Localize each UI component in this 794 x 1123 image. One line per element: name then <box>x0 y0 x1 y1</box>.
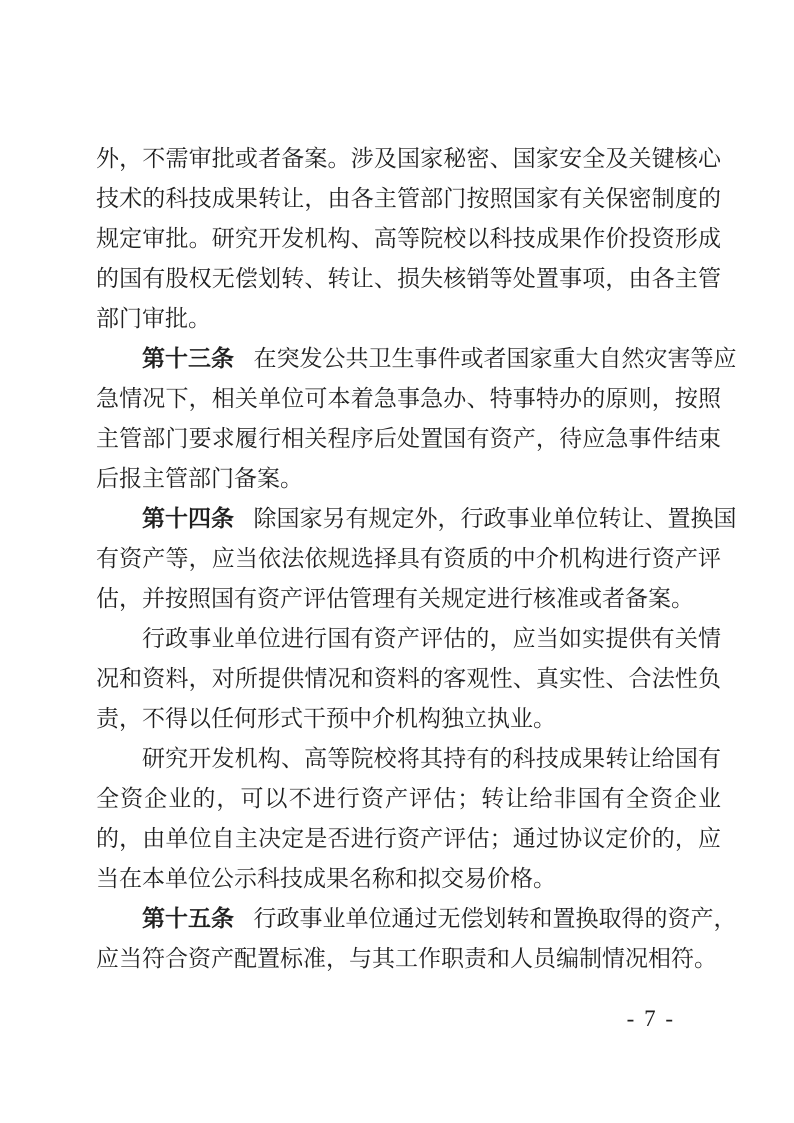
text-line: 部门审批。 <box>96 299 721 339</box>
paragraph: 第十三条在突发公共卫生事件或者国家重大自然灾害等应 急情况下，相关单位可本着急事… <box>96 339 721 499</box>
text-line: 行政事业单位进行国有资产评估的，应当如实提供有关情 <box>96 619 721 659</box>
text-line: 况和资料，对所提供情况和资料的客观性、真实性、合法性负 <box>96 659 721 699</box>
article-number: 第十三条 <box>142 346 234 371</box>
article-text: 在突发公共卫生事件或者国家重大自然灾害等应 <box>254 346 737 371</box>
document-page: 外，不需审批或者备案。涉及国家秘密、国家安全及关键核心 技术的科技成果转让，由各… <box>0 0 794 1123</box>
text-line: 急情况下，相关单位可本着急事急办、特事特办的原则，按照 <box>96 379 721 419</box>
text-line: 的国有股权无偿划转、转让、损失核销等处置事项，由各主管 <box>96 259 721 299</box>
text-line: 当在本单位公示科技成果名称和拟交易价格。 <box>96 859 721 899</box>
page-number: - 7 - <box>627 1005 675 1033</box>
text-line: 应当符合资产配置标准，与其工作职责和人员编制情况相符。 <box>96 939 721 979</box>
paragraph: 外，不需审批或者备案。涉及国家秘密、国家安全及关键核心 技术的科技成果转让，由各… <box>96 139 721 339</box>
text-line: 有资产等，应当依法依规选择具有资质的中介机构进行资产评 <box>96 539 721 579</box>
text-line: 技术的科技成果转让，由各主管部门按照国家有关保密制度的 <box>96 179 721 219</box>
text-line: 第十三条在突发公共卫生事件或者国家重大自然灾害等应 <box>96 339 721 379</box>
paragraph: 研究开发机构、高等院校将其持有的科技成果转让给国有 全资企业的，可以不进行资产评… <box>96 739 721 899</box>
text-line: 第十五条行政事业单位通过无偿划转和置换取得的资产， <box>96 899 721 939</box>
paragraph: 第十四条除国家另有规定外，行政事业单位转让、置换国 有资产等，应当依法依规选择具… <box>96 499 721 619</box>
text-line: 规定审批。研究开发机构、高等院校以科技成果作价投资形成 <box>96 219 721 259</box>
text-line: 的，由单位自主决定是否进行资产评估；通过协议定价的，应 <box>96 819 721 859</box>
text-line: 研究开发机构、高等院校将其持有的科技成果转让给国有 <box>96 739 721 779</box>
text-line: 责，不得以任何形式干预中介机构独立执业。 <box>96 699 721 739</box>
text-line: 全资企业的，可以不进行资产评估；转让给非国有全资企业 <box>96 779 721 819</box>
article-text: 除国家另有规定外，行政事业单位转让、置换国 <box>254 506 737 531</box>
text-line: 估，并按照国有资产评估管理有关规定进行核准或者备案。 <box>96 579 721 619</box>
article-number: 第十四条 <box>142 506 234 531</box>
article-text: 行政事业单位通过无偿划转和置换取得的资产， <box>254 906 737 931</box>
paragraph: 第十五条行政事业单位通过无偿划转和置换取得的资产， 应当符合资产配置标准，与其工… <box>96 899 721 979</box>
article-number: 第十五条 <box>142 906 234 931</box>
document-body: 外，不需审批或者备案。涉及国家秘密、国家安全及关键核心 技术的科技成果转让，由各… <box>96 139 721 979</box>
text-line: 主管部门要求履行相关程序后处置国有资产，待应急事件结束 <box>96 419 721 459</box>
text-line: 第十四条除国家另有规定外，行政事业单位转让、置换国 <box>96 499 721 539</box>
text-line: 外，不需审批或者备案。涉及国家秘密、国家安全及关键核心 <box>96 139 721 179</box>
paragraph: 行政事业单位进行国有资产评估的，应当如实提供有关情 况和资料，对所提供情况和资料… <box>96 619 721 739</box>
text-line: 后报主管部门备案。 <box>96 459 721 499</box>
